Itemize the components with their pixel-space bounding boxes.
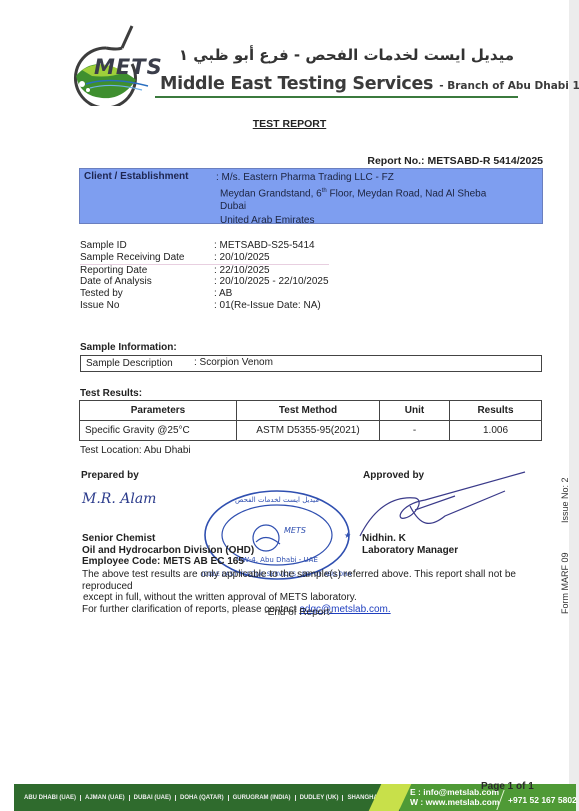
test-results-heading: Test Results: <box>80 388 142 399</box>
client-establishment-box: Client / Establishment : M/s. Eastern Ph… <box>79 168 543 224</box>
sample-description-box: Sample Description : Scorpion Venom <box>80 355 542 372</box>
table-header-row: Parameters Test Method Unit Results <box>80 401 542 421</box>
approver-signature-icon <box>355 466 535 538</box>
footer-website[interactable]: W : www.metslab.com <box>410 798 499 808</box>
company-name-arabic: ميديل ايست لخدمات الفحص - فرع أبو ظبي ١ <box>162 46 514 64</box>
end-of-report: -End of Report- <box>0 607 579 618</box>
test-location: Test Location: Abu Dhabi <box>80 445 191 456</box>
sample-info-heading: Sample Information: <box>80 342 177 353</box>
footer-city: DUBAI (UAE) <box>130 795 176 801</box>
footer-city: ABU DHABI (UAE) <box>20 795 81 801</box>
svg-text:METS: METS <box>284 526 306 535</box>
column-header: Test Method <box>237 401 380 421</box>
footer-city: DUDLEY (UK) <box>296 795 344 801</box>
column-header: Results <box>450 401 542 421</box>
report-number: Report No.: METSABD-R 5414/2025 <box>367 155 543 167</box>
client-country: United Arab Emirates <box>216 214 486 228</box>
preparer-title: Senior Chemist <box>82 533 254 545</box>
footer-phone: +971 52 167 5802 <box>508 795 577 805</box>
footer-city: GURUGRAM (INDIA) <box>229 795 296 801</box>
sample-description-label: Sample Description <box>86 358 173 369</box>
client-label: Client / Establishment <box>84 171 188 182</box>
header-divider <box>155 96 518 98</box>
column-header: Parameters <box>80 401 237 421</box>
footer-city: AJMAN (UAE) <box>81 795 130 801</box>
column-header: Unit <box>380 401 450 421</box>
detail-row: Sample Receiving Date: 20/10/2025 <box>80 252 329 265</box>
footer-city: DOHA (QATAR) <box>176 795 229 801</box>
approver-name: Nidhin. K <box>362 533 458 545</box>
detail-row: Date of Analysis: 20/10/2025 - 22/10/202… <box>80 276 329 288</box>
results-table: Parameters Test Method Unit Results Spec… <box>79 400 542 441</box>
preparer-signature: M.R. Alam <box>82 491 156 507</box>
form-number-side: Form MARF 09 <box>560 552 570 614</box>
company-name-text: Middle East Testing Services <box>160 74 433 94</box>
client-address: : M/s. Eastern Pharma Trading LLC - FZ M… <box>216 171 486 227</box>
footer-city-list: ABU DHABI (UAE) AJMAN (UAE) DUBAI (UAE) … <box>20 795 408 801</box>
company-name: Middle East Testing Services- Branch of … <box>160 74 579 94</box>
table-row: Specific Gravity @25°C ASTM D5355-95(202… <box>80 421 542 441</box>
client-name: : M/s. Eastern Pharma Trading LLC - FZ <box>216 171 486 185</box>
sample-details: Sample ID: METSABD-S25-5414 Sample Recei… <box>80 240 329 312</box>
approver-title: Laboratory Manager <box>362 545 458 557</box>
logo-wordmark: METS <box>94 55 163 79</box>
client-address-line: Meydan Grandstand, 6th Floor, Meydan Roa… <box>216 185 486 201</box>
method-cell: ASTM D5355-95(2021) <box>237 421 380 441</box>
prepared-by-label: Prepared by <box>81 470 139 481</box>
disclaimer-line: except in full, without the written appr… <box>82 592 532 604</box>
detail-row: Issue No: 01(Re-Issue Date: NA) <box>80 300 329 312</box>
approver-details: Nidhin. K Laboratory Manager <box>362 533 458 556</box>
client-city: Dubai <box>216 200 486 214</box>
parameter-cell: Specific Gravity @25°C <box>80 421 237 441</box>
detail-row: Sample ID: METSABD-S25-5414 <box>80 240 329 252</box>
sample-description-value: : Scorpion Venom <box>194 357 273 368</box>
preparer-details: Senior Chemist Oil and Hydrocarbon Divis… <box>82 533 254 568</box>
branch-name: - Branch of Abu Dhabi 1 <box>439 80 579 92</box>
detail-row: Reporting Date: 22/10/2025 <box>80 265 329 277</box>
result-cell: 1.006 <box>450 421 542 441</box>
page-number: Page 1 of 1 <box>481 781 534 792</box>
disclaimer-line: The above test results are only applicab… <box>82 569 532 592</box>
detail-row: Tested by: AB <box>80 288 329 300</box>
report-title: TEST REPORT <box>0 118 579 130</box>
preparer-division: Oil and Hydrocarbon Division (OHD) <box>82 545 254 557</box>
unit-cell: - <box>380 421 450 441</box>
issue-number-side: Issue No: 2 <box>560 477 570 523</box>
svg-text:★: ★ <box>344 531 351 540</box>
svg-text:ميديل ايست لخدمات الفحص: ميديل ايست لخدمات الفحص <box>235 496 319 504</box>
preparer-employee-code: Employee Code: METS AB EC 165 <box>82 556 254 568</box>
